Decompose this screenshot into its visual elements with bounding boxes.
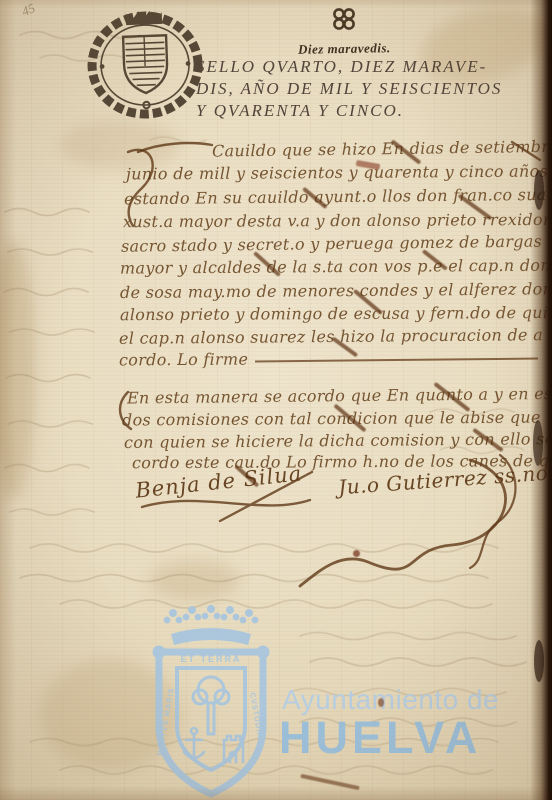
ink-spot (353, 550, 360, 557)
signature-left-flourish (142, 472, 312, 521)
opening-swash (138, 143, 212, 152)
signature-right-flourish (300, 460, 506, 586)
manuscript-page: ET TERRA PORTVS MARIS CVSTODIA Ayuntamie… (0, 0, 552, 800)
ink-flourishes (0, 0, 552, 800)
margin-stroke (512, 142, 540, 160)
paragraph1-initial-swash (128, 150, 153, 226)
paragraph2-initial-swash (120, 392, 131, 429)
ink-spot (378, 698, 384, 707)
